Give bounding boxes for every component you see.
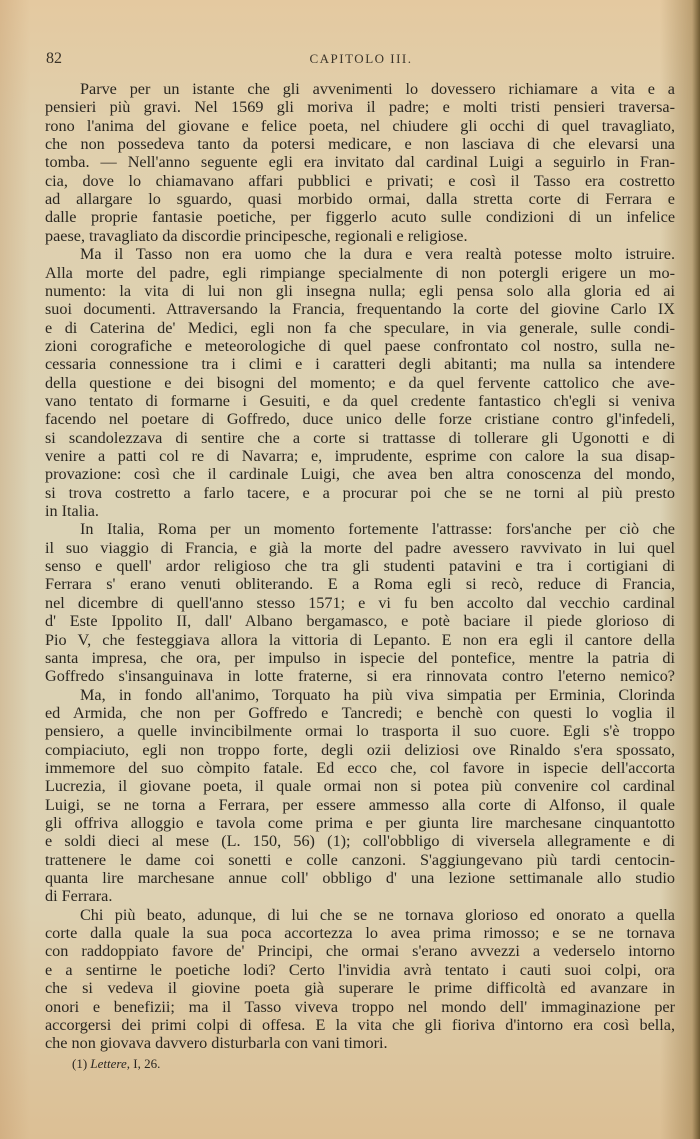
text-line: Chi più beato, adunque, di lui che se ne… — [80, 905, 675, 925]
text-line: senso e quell' ardor religioso che tra g… — [45, 556, 675, 576]
text-line: corte dalla quale la sua poca accortezza… — [45, 923, 675, 943]
text-line: con raddoppiato favore de' Principi, che… — [45, 941, 675, 961]
text-line: numento: la vita di lui non gli insegna … — [45, 281, 675, 301]
text-line: Alla morte del padre, egli rimpiange spe… — [45, 263, 675, 283]
text-line: il suo viaggio di Francia, e già la mort… — [45, 538, 675, 558]
text-line: cessaria connessione tra i climi e i car… — [45, 354, 675, 374]
text-line: ad allargare lo sguardo, quasi morbido o… — [45, 189, 675, 209]
book-page: 82 CAPITOLO III. Parve per un istante ch… — [0, 0, 700, 1139]
text-line: immemore del suo còmpito fatale. Ed ecco… — [45, 758, 675, 778]
running-head: 82 CAPITOLO III. — [44, 50, 678, 70]
footnote-reference: , I, 26. — [127, 1056, 161, 1071]
footnote: (1) Lettere, I, 26. — [72, 1056, 160, 1072]
text-line: che non possedeva tanto da potersi medic… — [45, 134, 675, 154]
text-line: e a sentirne le poetiche lodi? Certo l'i… — [45, 960, 675, 980]
text-line: Parve per un istante che gli avvenimenti… — [80, 79, 675, 99]
text-line: Pio V, che festeggiava allora la vittori… — [45, 630, 675, 650]
text-line: facendo nel poetare di Goffredo, duce un… — [45, 409, 675, 429]
text-line: pensieri più gravi. Nel 1569 gli moriva … — [45, 97, 675, 117]
text-line: cia, dove lo chiamavano affari pubblici … — [45, 171, 675, 191]
text-line: Goffredo s'insanguinava in lotte fratern… — [45, 666, 675, 686]
text-line: Luigi, se ne torna a Ferrara, per essere… — [45, 795, 675, 815]
text-line: vano tentato di formarne i Gesuiti, e da… — [45, 391, 675, 411]
text-line: e soldi dieci al mese (L. 150, 56) (1); … — [45, 831, 675, 851]
text-line: gli offriva alloggio e tavola come prima… — [45, 813, 675, 833]
text-line: di Ferrara. — [45, 886, 675, 906]
text-line: In Italia, Roma per un momento fortement… — [80, 519, 675, 539]
footnote-marker: (1) — [72, 1056, 87, 1071]
text-line: della questione e dei bisogni del moment… — [45, 373, 675, 393]
text-line: paese, travagliato da discordie principe… — [45, 226, 675, 246]
text-line: compiaciuto, egli non troppo forte, degl… — [45, 740, 675, 760]
text-line: venire a patti col re di Navarra; e, imp… — [45, 446, 675, 466]
text-line: santa impresa, che ora, per impulso in i… — [45, 648, 675, 668]
text-line: tomba. — Nell'anno seguente egli era inv… — [45, 152, 675, 172]
footnote-title: Lettere — [90, 1056, 126, 1071]
text-line: si scandolezzava di sentire che a corte … — [45, 428, 675, 448]
text-line: accorgersi dei primi colpi di offesa. E … — [45, 1015, 675, 1035]
text-line: d' Este Ippolito II, dall' Albano bergam… — [45, 611, 675, 631]
chapter-title: CAPITOLO III. — [44, 51, 678, 67]
text-line: che si vedeva il giovine poeta già super… — [45, 978, 675, 998]
text-line: quanta lire marchesane annue coll' obbli… — [45, 868, 675, 888]
text-line: nel dicembre di quell'anno stesso 1571; … — [45, 593, 675, 613]
text-line: trattenere le dame coi sonetti e colle c… — [45, 850, 675, 870]
text-line: in Italia. — [45, 501, 675, 521]
text-line: e di Caterina de' Medici, egli non fa ch… — [45, 318, 675, 338]
text-line: Ferrara s' erano venuti obliterando. E a… — [45, 574, 675, 594]
text-line: che non giovava davvero disturbarla con … — [45, 1033, 675, 1053]
text-line: onori e benefizii; ma il Tasso viveva tr… — [45, 997, 675, 1017]
text-line: suoi documenti. Attraversando la Francia… — [45, 299, 675, 319]
text-line: Ma il Tasso non era uomo che la dura e v… — [80, 244, 675, 264]
text-line: ed Armida, che non per Goffredo e Tancre… — [45, 703, 675, 723]
text-line: provazione: così che il cardinale Luigi,… — [45, 464, 675, 484]
text-line: zioni corografiche e meteorologiche di q… — [45, 336, 675, 356]
text-line: Ma, in fondo all'animo, Torquato ha più … — [80, 685, 675, 705]
text-line: pensiero, a quelle invincibilmente ormai… — [45, 721, 675, 741]
text-line: Lucrezia, il giovane poeta, il quale orm… — [45, 776, 675, 796]
text-line: si trova costretto a farlo tacere, e a p… — [45, 483, 675, 503]
text-line: rono l'anima del giovane e felice poeta,… — [45, 116, 675, 136]
text-line: dalle proprie fantasie poetiche, per fig… — [45, 207, 675, 227]
